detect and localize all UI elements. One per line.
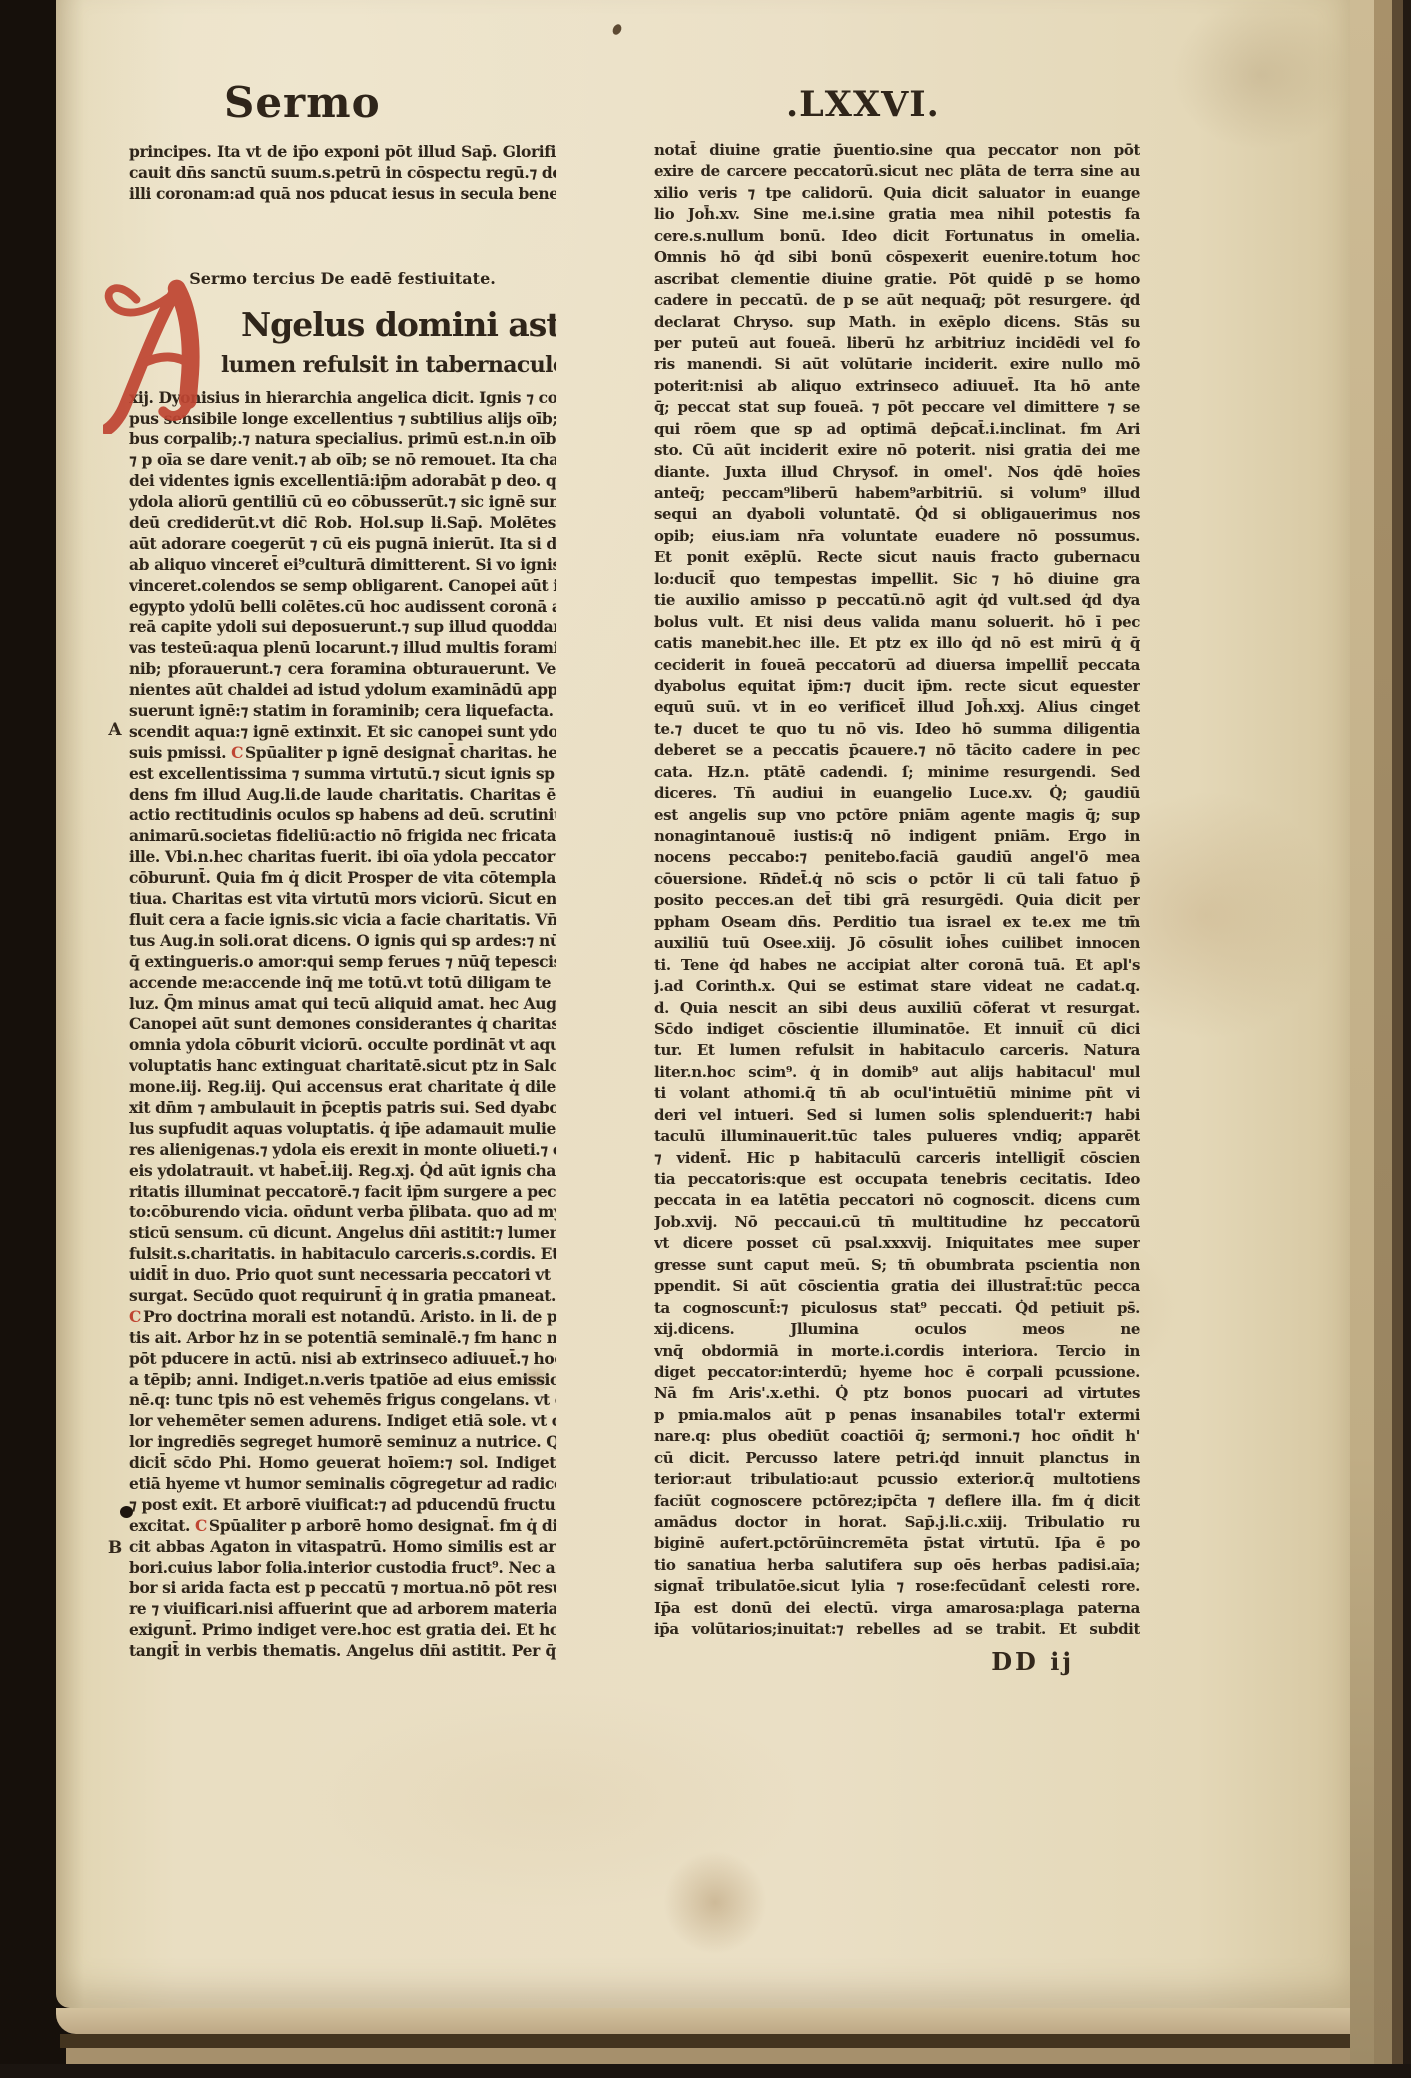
margin-guide-letter-a: A [105,720,125,740]
text-line: principes. Ita vt de ip̄o exponi pōt il… [129,142,556,163]
text-line: te.⁊ ducet te quo tu nō vis. Ideo hō s… [654,719,1140,740]
text-line: Omnis hō q̇d sibi bonū cōspexerit eue… [654,247,1140,268]
text-line: lor ingrediēs segreget humorē seminuz … [129,1432,556,1453]
text-line: illi coronam:ad quā nos pducat iesus in… [129,184,556,205]
text-line: dyabolus equitat ip̄m:⁊ ducit ip̄m. rect… [654,676,1140,697]
text-line: actio rectitudinis oculos sp habens ad d… [129,805,556,826]
incipit-medium-line: lumen refulsit in tabernaculo carceris ⁊… [221,348,556,382]
text-line: eis ydolatrauit. vt habet̄.iij. Reg.xj. … [129,1161,556,1182]
text-line: per puteū aut foueā. liberū hz arbitr… [654,333,1140,354]
text-line: d. Quia nescit an sibi deus auxiliū cō… [654,998,1140,1019]
text-line: Sc̄do indiget cōscientie illuminatōe. … [654,1019,1140,1040]
text-line: dens fm illud Aug.li.de laude charitatis… [129,785,556,806]
text-line: deū crediderūt.vt dic̄ Rob. Hol.sup li… [129,513,556,534]
text-line: ppham Oseam dn̄s. Perditio tua israel ex… [654,912,1140,933]
text-line: nare.q: plus obediūt coactiōi q̄; serm… [654,1426,1140,1447]
text-line: est excellentissima ⁊ summa virtutū.⁊ s… [129,764,556,785]
text-line: scendit aqua:⁊ ignē extinxit. Et sic ca… [129,722,556,743]
text-line: tiua. Charitas est vita virtutū mors vi… [129,889,556,910]
text-line: vinceret.colendos se semp obligarent. Ca… [129,576,556,597]
text-line: faciūt cognoscere pctōrez;ipc̄ta ⁊ def… [654,1491,1140,1512]
text-line: notat̄ diuine gratie p̄uentio.sine qua p… [654,140,1140,161]
text-line: ceciderit in foueā peccatorū ad diuers… [654,655,1140,676]
text-line: cit abbas Agaton in vitaspatrū. Homo si… [129,1537,556,1558]
paragraph-mark: C [129,1307,143,1326]
text-line: q̄ extingueris.o amor:qui semp ferues ⁊ … [129,952,556,973]
text-line: ta cognoscunt̄:⁊ piculosus stat⁹ peccati… [654,1298,1140,1319]
text-line: aūt adorare coegerūt ⁊ cū eis pugnā … [129,534,556,555]
text-line: ris manendi. Si aūt volūtarie incideri… [654,354,1140,375]
text-line: tur. Et lumen refulsit in habitaculo car… [654,1040,1140,1061]
text-line: nonagintanouē iustis:q̄ nō indigent pn… [654,826,1140,847]
text-line: tie auxilio amisso p peccatū.nō agit q… [654,590,1140,611]
page-edge [1350,0,1374,2078]
text-line: amādus doctor in horat. Sap̄.j.li.c.xii… [654,1512,1140,1533]
text-line: cōuersione. Rn̄det̄.q̇ nō scis o pctō… [654,869,1140,890]
text-line: omnia ydola cōburit viciorū. occulte p… [129,1035,556,1056]
sermon-opening: Ngelus domini astitit. et lumen refulsit… [129,302,556,382]
text-column-right: notat̄ diuine gratie p̄uentio.sine qua p… [654,140,1140,1676]
text-line: qui rōem que sp ad optimā dep̄cat̄.i.i… [654,419,1140,440]
text-column-left: principes. Ita vt de ip̄o exponi pōt il… [129,142,556,1662]
text-line: gresse sunt caput meū. S; tn̄ obumbrata… [654,1255,1140,1276]
text-line: suerunt ignē:⁊ statim in foraminib; cer… [129,701,556,722]
text-line: suis pmissi. CSpūaliter p ignē designa… [129,743,556,764]
page-edge-bottom [60,2034,1350,2048]
text-line: sticū sensum. cū dicunt. Angelus dn̄i … [129,1223,556,1244]
text-line: fulsit.s.charitatis. in habitaculo carce… [129,1244,556,1265]
text-line: nib; pforauerunt.⁊ cera foramina obturau… [129,659,556,680]
text-line: tis ait. Arbor hz in se potentiā semina… [129,1328,556,1349]
text-line: to:cōburendo vicia. on̄dunt verba p̄lib… [129,1202,556,1223]
text-line: poterit:nisi ab aliquo extrinseco adiuue… [654,376,1140,397]
text-line: vas testeū:aqua plenū locarunt.⁊ illud… [129,638,556,659]
text-line: nocens peccabo:⁊ penitebo.faciā gaudiū… [654,847,1140,868]
text-line: q̄; peccat stat sup foueā. ⁊ pōt pecca… [654,397,1140,418]
text-line: declarat Chryso. sup Math. in exēplo di… [654,312,1140,333]
page-edge [1374,0,1392,2078]
text-line: bor si arida facta est p peccatū ⁊ mort… [129,1578,556,1599]
text-line: CPro doctrina morali est notandū. Arist… [129,1307,556,1328]
text-line: ip̄a volūtarios;inuitat:⁊ rebelles ad s… [654,1619,1140,1640]
text-line: cū dicit. Percusso latere petri.q̇d inn… [654,1448,1140,1469]
paragraph-mark: C [231,743,245,762]
page-edge-bottom [56,2008,1350,2034]
text-line: liter.n.hoc scim⁹. q̇ in domib⁹ aut alij… [654,1062,1140,1083]
page-edge [1392,0,1403,2078]
text-line: tangit̄ in verbis thematis. Angelus dn̄i… [129,1641,556,1662]
text-line: ab aliquo vinceret̄ ei⁹culturā dimitter… [129,555,556,576]
text-line: excitat. CSpūaliter p arborē homo desi… [129,1516,556,1537]
text-line: cōburunt̄. Quia fm q̇ dicit Prosper de … [129,868,556,889]
text-line: ⁊ p oīa se dare venit.⁊ ab oīb; se nō… [129,450,556,471]
text-line: nientes aūt chaldei ad istud ydolum exa… [129,680,556,701]
text-line: terior:aut tribulatio:aut pcussio exteri… [654,1469,1140,1490]
text-line: j.ad Corinth.x. Qui se estimat stare vid… [654,976,1140,997]
text-line: equū suū. vt in eo verificet̄ illud Jo… [654,697,1140,718]
margin-guide-letter-b: B [105,1538,125,1558]
page-edge [1403,0,1411,2078]
text-line: vt dicere posset cū psal.xxxvij. Iniqui… [654,1233,1140,1254]
text-line: anteq̄; peccam⁹liberū habem⁹arbitriū. … [654,483,1140,504]
text-line: cata. Hz.n. ptātē cadendi. ſ; minime r… [654,762,1140,783]
text-line: catis manebit.hec ille. Et ptz ex illo q… [654,633,1140,654]
text-line: sto. Cū aūt inciderit exire nō poteri… [654,440,1140,461]
text-line: bolus vult. Et nisi deus valida manu sol… [654,612,1140,633]
text-line: mone.iij. Reg.iij. Qui accensus erat cha… [129,1077,556,1098]
text-line: res alienigenas.⁊ ydola eis erexit in mo… [129,1140,556,1161]
text-line: deri vel intueri. Sed si lumen solis spl… [654,1105,1140,1126]
text-line: exigunt̄. Primo indiget vere.hoc est gra… [129,1620,556,1641]
text-line: bori.cuius labor folia.interior custodia… [129,1558,556,1579]
text-line: xij.dicens. Jllumina oculos meos ne [654,1319,1140,1340]
text-line: nē.q: tunc tpis nō est vehemēs frigus… [129,1390,556,1411]
page-edge-bottom [0,2064,1411,2078]
text-line: diante. Juxta illud Chrysof. in omel'. N… [654,462,1140,483]
text-line: etiā hyeme vt humor seminalis cōgreget… [129,1474,556,1495]
left-column-body-lines: xij. Dyonisius in hierarchia angelica di… [129,388,556,1662]
text-line: Job.xvij. Nō peccaui.cū tn̄ multitudin… [654,1212,1140,1233]
text-line: reā capite ydoli sui deposuerunt.⁊ sup … [129,617,556,638]
text-line: lio Joh̄.xv. Sine me.i.sine gratia mea n… [654,204,1140,225]
text-line: p pmia.malos aūt p penas insanabiles to… [654,1405,1140,1426]
text-line: est angelis sup vno pctōre pniām agent… [654,805,1140,826]
text-line: ydola aliorū gentiliū cū eo cōbusser… [129,492,556,513]
text-line: a tēpib; anni. Indiget.n.veris tpatiōe… [129,1370,556,1391]
text-line: Et ponit exēplū. Recte sicut nauis fra… [654,547,1140,568]
text-line: xit dn̄m ⁊ ambulauit in p̄ceptis patris … [129,1098,556,1119]
scanned-book-photo: { "header": { "left": "Sermo", "right": … [0,0,1411,2078]
text-line: xilio veris ⁊ tpe calidorū. Quia dicit … [654,183,1140,204]
text-line: ascribat clementie diuine gratie. Pōt q… [654,269,1140,290]
text-line: dei videntes ignis excellentiā:ip̄m ado… [129,471,556,492]
text-line: pōt pducere in actū. nisi ab extrinsec… [129,1349,556,1370]
text-line: diget peccator:interdū; hyeme hoc ē co… [654,1362,1140,1383]
text-line: lus supfudit aquas voluptatis. q̇ ip̄e a… [129,1119,556,1140]
text-line: Ip̄a est donū dei electū. virga amaros… [654,1598,1140,1619]
text-line: exire de carcere peccatorū.sicut nec pl… [654,161,1140,182]
text-line: Canopei aūt sunt demones considerantes … [129,1014,556,1035]
running-head-title: Sermo [224,78,381,127]
text-line: tus Aug.in soli.orat dicens. O ignis qui… [129,931,556,952]
text-line: ppendit. Si aūt cōscientia gratia dei … [654,1276,1140,1297]
text-line: egypto ydolū belli colētes.cū hoc aud… [129,597,556,618]
text-line: auxiliū tuū Osee.xiij. Jō cōsulit io… [654,933,1140,954]
text-line: cauit dn̄s sanctū suum.s.petrū in cōs… [129,163,556,184]
text-line: peccata in ea latētia peccatori nō cog… [654,1190,1140,1211]
right-column-body-lines: notat̄ diuine gratie p̄uentio.sine qua p… [654,140,1140,1641]
text-line: posito pecces.an det̄ tibi grā resurgē… [654,890,1140,911]
text-line: ille. Vbi.n.hec charitas fuerit. ibi oī… [129,847,556,868]
paragraph-mark: C [195,1516,209,1535]
text-line: voluptatis hanc extinguat charitatē.sic… [129,1056,556,1077]
text-line: fluit cera a facie ignis.sic vicia a fac… [129,910,556,931]
text-line: ti. Tene q̇d habes ne accipiat alter cor… [654,955,1140,976]
text-line: cere.s.nullum bonū. Ideo dicit Fortunat… [654,226,1140,247]
text-line: ⁊ vident̄. Hic p habitaculū carceris in… [654,1148,1140,1169]
text-line: animarū.societas fideliū:actio nō fri… [129,826,556,847]
text-line: deberet se a peccatis p̄cauere.⁊ nō tā… [654,740,1140,761]
text-line: lo:ducit̄ quo tempestas impellit. Sic ⁊ … [654,569,1140,590]
text-line: sequi an dyaboli voluntatē. Q̇d si obli… [654,504,1140,525]
text-line: lor vehemēter semen adurens. Indiget et… [129,1411,556,1432]
text-line: cadere in peccatū. de p se aūt nequaq̄… [654,290,1140,311]
intro-paragraph-lines: principes. Ita vt de ip̄o exponi pōt il… [129,142,556,205]
text-line: ritatis illuminat peccatorē.⁊ facit ip̄… [129,1182,556,1203]
text-line: re ⁊ viuificari.nisi affuerint que ad ar… [129,1599,556,1620]
rubricated-initial-a-icon [103,266,237,434]
text-line: dicit̄ sc̄do Phi. Homo geuerat hoīem:⁊ … [129,1453,556,1474]
running-head-folio-number: .LXXVI. [786,84,940,125]
text-line: vnq̄ obdormiā in morte.i.cordis interio… [654,1341,1140,1362]
text-line: diceres. Tn̄ audiui in euangelio Luce.xv… [654,783,1140,804]
text-line: biginē aufert.pctōrūincremēta p̄stat… [654,1533,1140,1554]
page-edge-bottom [66,2048,1350,2064]
text-line: taculū illuminauerit.tūc tales puluere… [654,1126,1140,1147]
text-line: signat̄ tribulatōe.sicut lylia ⁊ rose:f… [654,1576,1140,1597]
text-line: ⁊ post exit. Et arborē viuificat:⁊ ad p… [129,1495,556,1516]
incipit-large-line: Ngelus domini astitit. et [241,302,556,348]
text-line: tia peccatoris:que est occupata tenebris… [654,1169,1140,1190]
quire-signature: DD ij [654,1647,1140,1676]
text-line: accende me:accende inq̄ me totū.vt totu… [129,973,556,994]
text-line: uidit̄ in duo. Prio quot sunt necessaria… [129,1265,556,1286]
text-line: luz. Q̄m minus amat qui tecū aliquid am… [129,994,556,1015]
text-line: tio sanatiua herba salutifera sup oēs h… [654,1555,1140,1576]
text-line: surgat. Secūdo quot requirunt̄ q̇ in gr… [129,1286,556,1307]
text-line: Nā fm Aris'.x.ethi. Q̇ ptz bonos puocar… [654,1383,1140,1404]
text-line: opib; eius.iam nr̄a voluntate euadere no… [654,526,1140,547]
text-line: ti volant athomi.q̄ tn̄ ab ocul'intuēti… [654,1083,1140,1104]
